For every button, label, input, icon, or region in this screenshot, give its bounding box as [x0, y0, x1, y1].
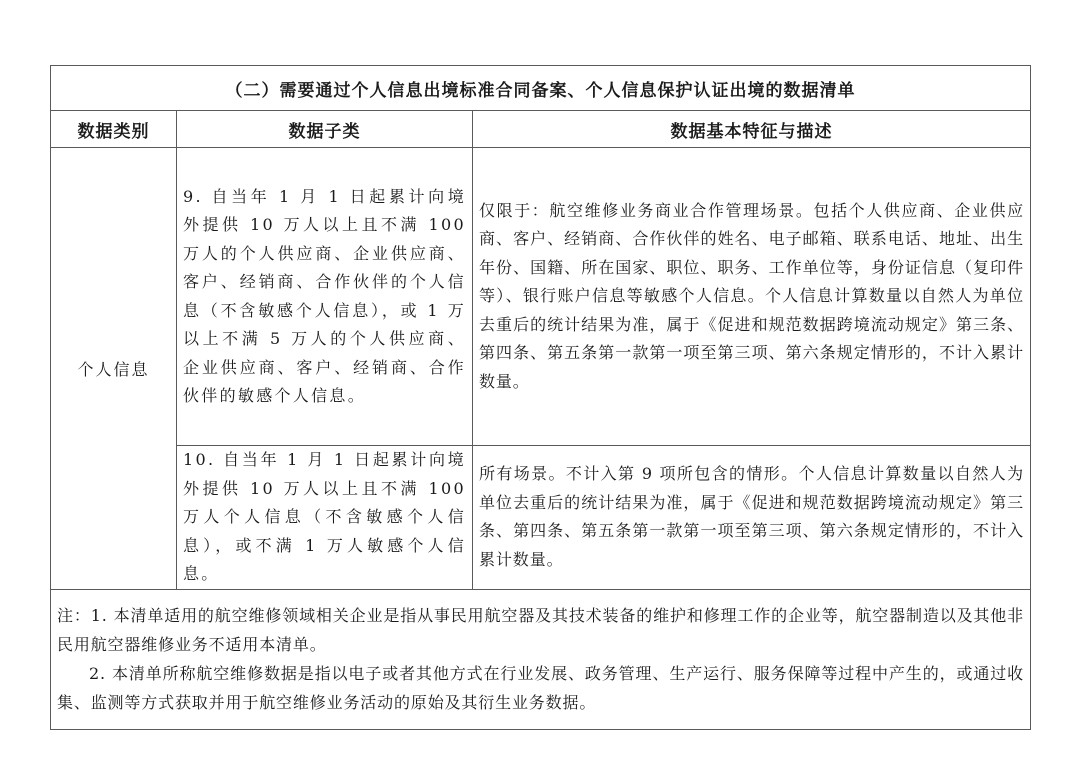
- header-data-subcategory: 数据子类: [177, 111, 473, 148]
- notes-row: 注：1. 本清单适用的航空维修领域相关企业是指从事民用航空器及其技术装备的维护和…: [51, 589, 1031, 729]
- data-list-table: （二）需要通过个人信息出境标准合同备案、个人信息保护认证出境的数据清单 数据类别…: [50, 65, 1031, 730]
- description-cell: 仅限于：航空维修业务商业合作管理场景。包括个人供应商、企业供应商、客户、经销商、…: [473, 148, 1031, 446]
- subcategory-cell: 10. 自当年 1 月 1 日起累计向境外提供 10 万人以上且不满 100 万…: [177, 446, 473, 590]
- table-header-row: 数据类别 数据子类 数据基本特征与描述: [51, 111, 1031, 148]
- header-data-category: 数据类别: [51, 111, 177, 148]
- category-cell: 个人信息: [51, 148, 177, 590]
- subcategory-cell: 9. 自当年 1 月 1 日起累计向境外提供 10 万人以上且不满 100 万人…: [177, 148, 473, 446]
- note-2: 2. 本清单所称航空维修数据是指以电子或者其他方式在行业发展、政务管理、生产运行…: [57, 659, 1024, 717]
- table-title-row: （二）需要通过个人信息出境标准合同备案、个人信息保护认证出境的数据清单: [51, 66, 1031, 111]
- description-cell: 所有场景。不计入第 9 项所包含的情形。个人信息计算数量以自然人为单位去重后的统…: [473, 446, 1031, 590]
- note-1: 注：1. 本清单适用的航空维修领域相关企业是指从事民用航空器及其技术装备的维护和…: [57, 601, 1024, 659]
- table-row: 10. 自当年 1 月 1 日起累计向境外提供 10 万人以上且不满 100 万…: [51, 446, 1031, 590]
- header-data-description: 数据基本特征与描述: [473, 111, 1031, 148]
- table-row: 个人信息 9. 自当年 1 月 1 日起累计向境外提供 10 万人以上且不满 1…: [51, 148, 1031, 446]
- table-title: （二）需要通过个人信息出境标准合同备案、个人信息保护认证出境的数据清单: [51, 66, 1031, 111]
- notes-cell: 注：1. 本清单适用的航空维修领域相关企业是指从事民用航空器及其技术装备的维护和…: [51, 589, 1031, 729]
